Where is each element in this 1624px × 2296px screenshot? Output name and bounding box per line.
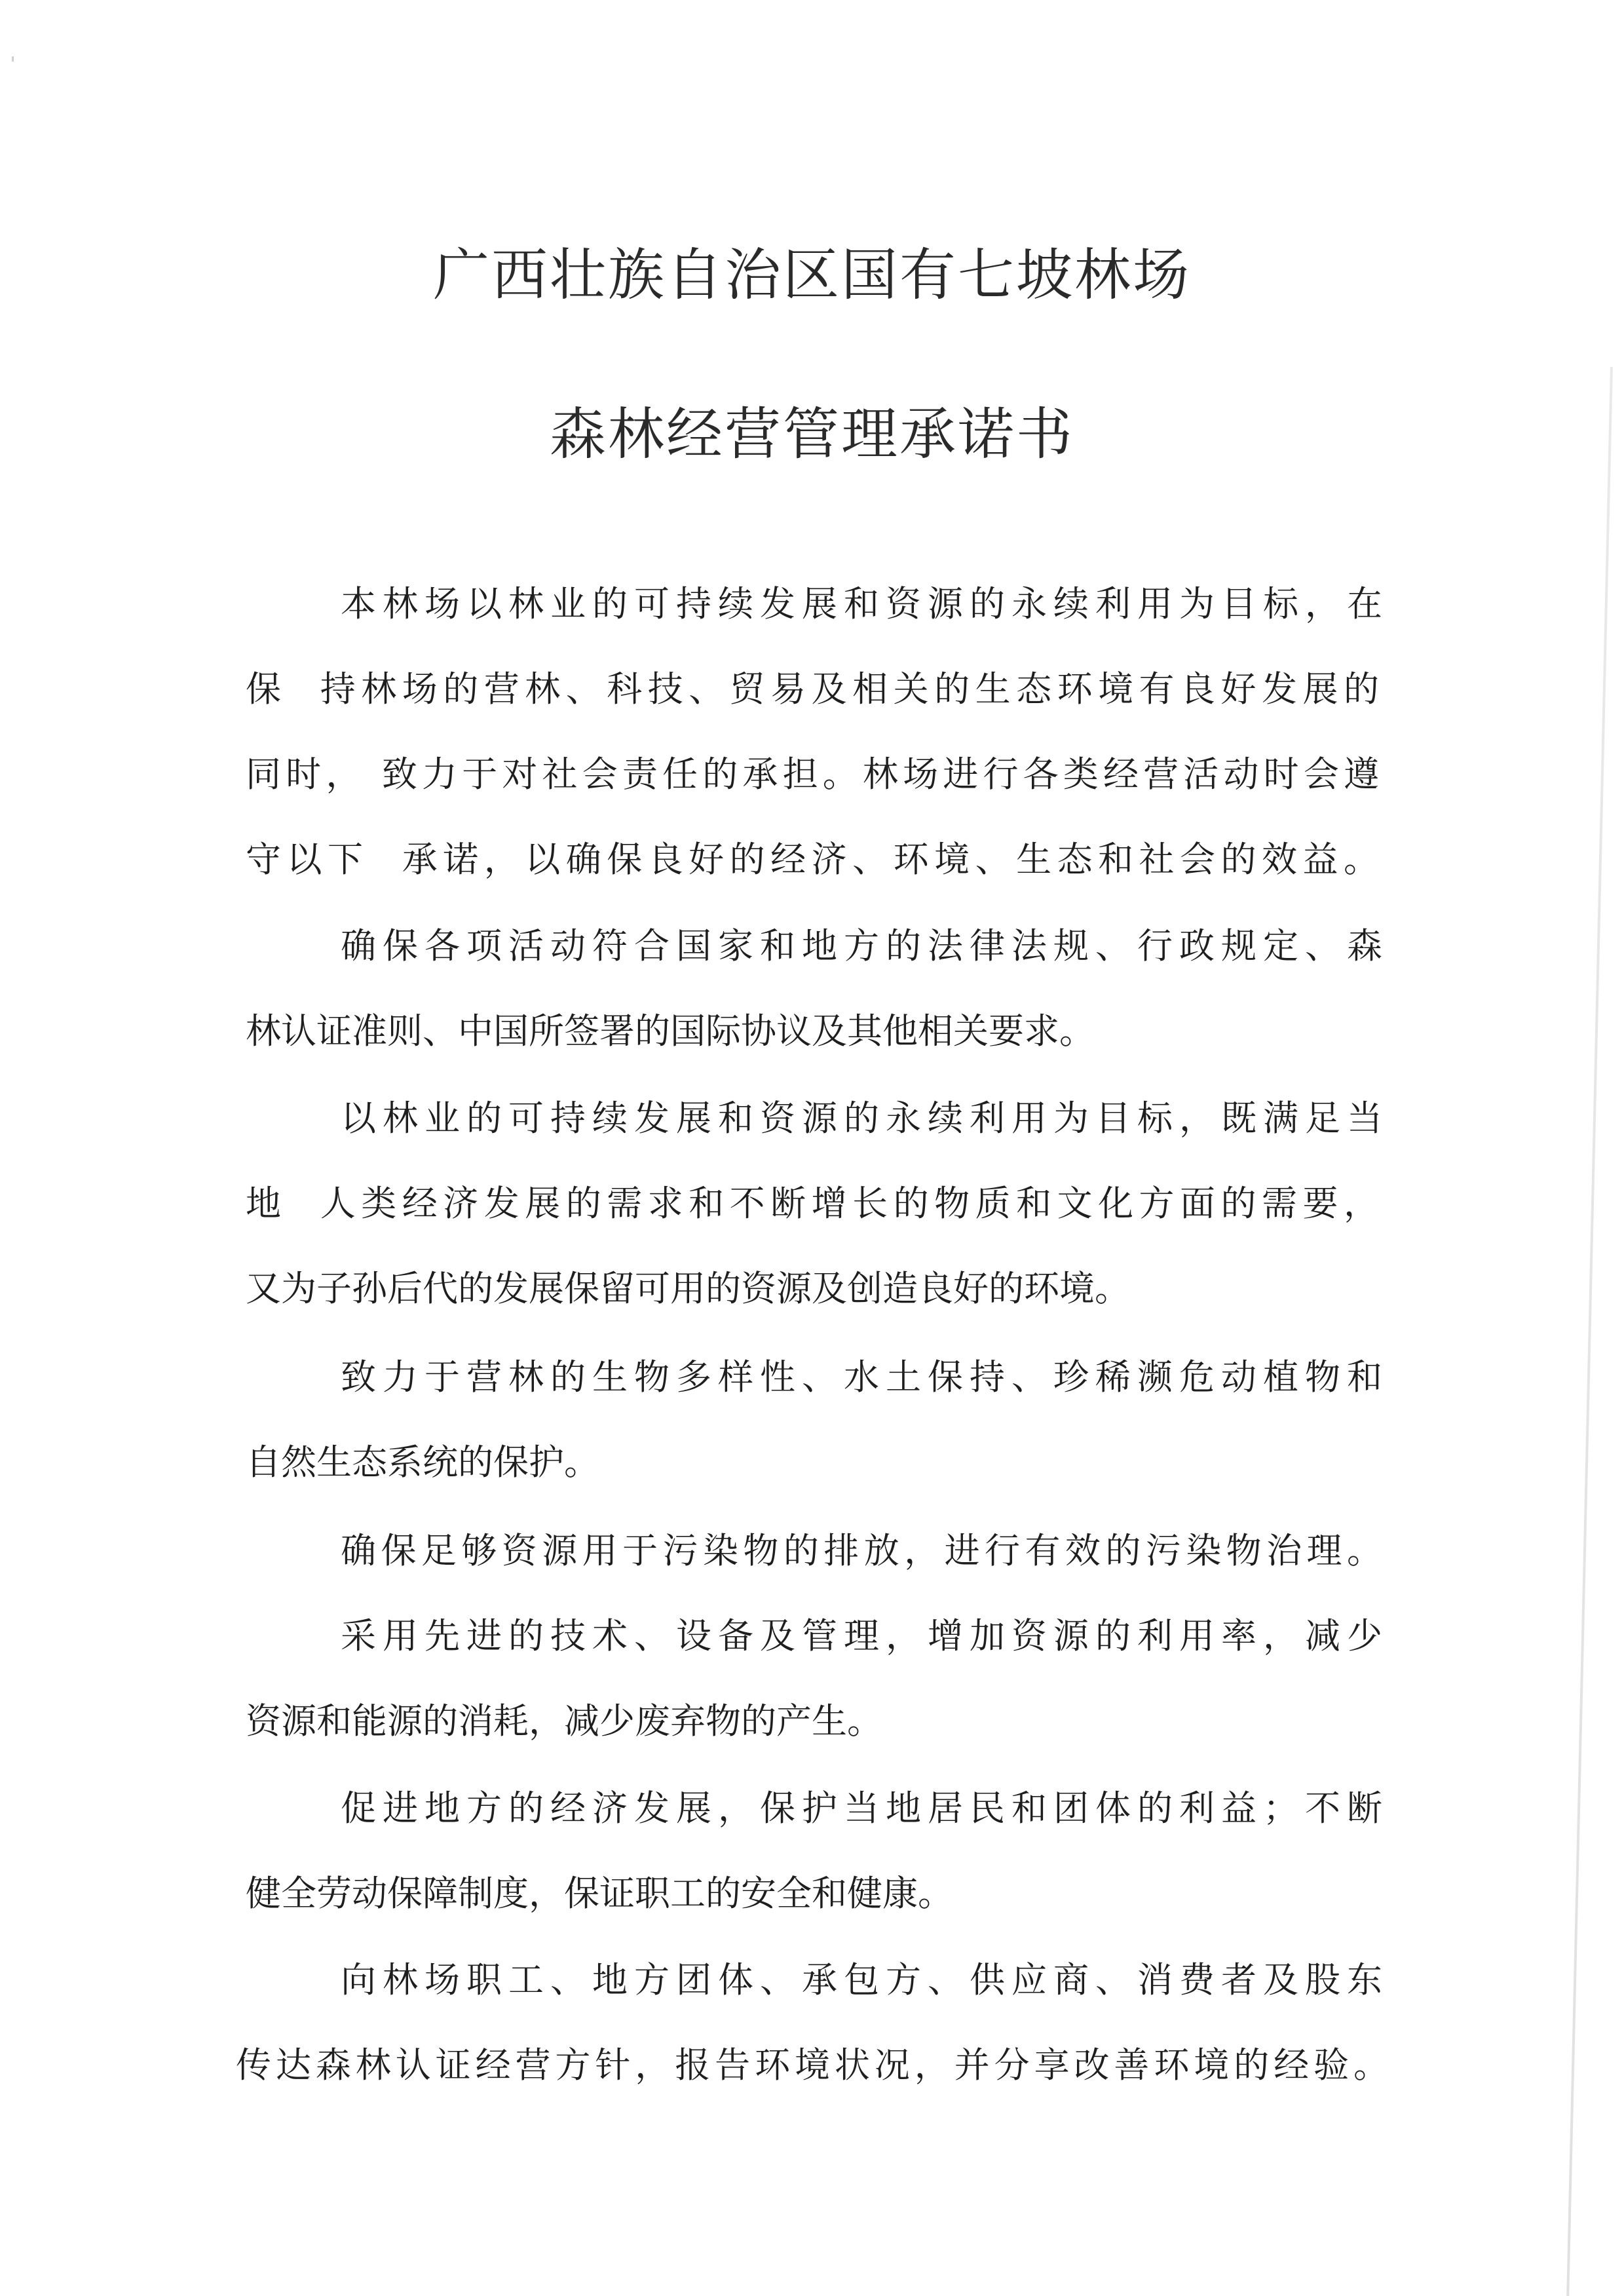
paragraph-line: 确保各项活动符合国家和地方的法律法规、行政规定、森 bbox=[341, 925, 1382, 967]
scan-artifact bbox=[12, 56, 14, 62]
paragraph-line: 传达森林认证经营方针，报告环境状况，并分享改善环境的经验。 bbox=[236, 2044, 1389, 2086]
paragraph-line: 向林场职工、地方团体、承包方、供应商、消费者及股东 bbox=[341, 1959, 1382, 2001]
paragraph-line: 确保足够资源用于污染物的排放，进行有效的污染物治理。 bbox=[341, 1530, 1382, 1572]
document-title-line-2: 森林经营管理承诺书 bbox=[0, 403, 1624, 466]
paragraph-line: 同时， 致力于对社会责任的承担。林场进行各类经营活动时会遵 bbox=[246, 754, 1379, 795]
paragraph-line: 采用先进的技术、设备及管理，增加资源的利用率，减少 bbox=[341, 1615, 1382, 1657]
paragraph-line: 林认证准则、中国所签署的国际协议及其他相关要求。 bbox=[246, 1010, 1095, 1052]
paragraph-line: 促进地方的经济发展，保护当地居民和团体的利益；不断 bbox=[341, 1788, 1382, 1829]
paragraph-line: 致力于营林的生物多样性、水土保持、珍稀濒危动植物和 bbox=[341, 1356, 1382, 1398]
scan-edge-line bbox=[1566, 367, 1613, 2296]
paragraph-line: 本林场以林业的可持续发展和资源的永续利用为目标，在 bbox=[341, 583, 1382, 625]
paragraph-line: 以林业的可持续发展和资源的永续利用为目标，既满足当 bbox=[341, 1098, 1382, 1139]
paragraph-line: 保 持林场的营林、科技、贸易及相关的生态环境有良好发展的 bbox=[246, 668, 1379, 710]
paragraph-line: 又为子孙后代的发展保留可用的资源及创造良好的环境。 bbox=[246, 1268, 1130, 1310]
paragraph-line: 自然生态系统的保护。 bbox=[246, 1442, 599, 1483]
paragraph-line: 守以下 承诺，以确保良好的经济、环境、生态和社会的效益。 bbox=[246, 839, 1379, 881]
document-title-line-1: 广西壮族自治区国有七坡林场 bbox=[0, 244, 1624, 307]
document-page: 广西壮族自治区国有七坡林场 森林经营管理承诺书 本林场以林业的可持续发展和资源的… bbox=[0, 0, 1624, 2296]
paragraph-line: 地 人类经济发展的需求和不断增长的物质和文化方面的需要， bbox=[246, 1183, 1379, 1225]
paragraph-line: 健全劳动保障制度，保证职工的安全和健康。 bbox=[246, 1873, 953, 1915]
paragraph-line: 资源和能源的消耗，减少废弃物的产生。 bbox=[246, 1700, 882, 1742]
